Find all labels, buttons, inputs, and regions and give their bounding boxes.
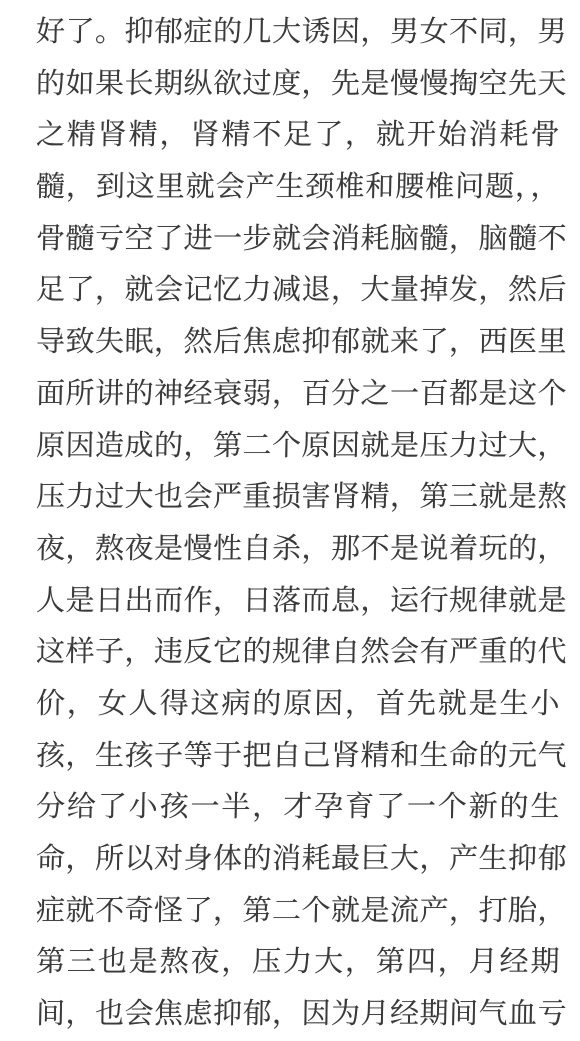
text-line: 间，也会焦虑抑郁，因为月经期间气血亏 [36, 988, 561, 1040]
text-line: 孩，生孩子等于把自己肾精和生命的元气 [36, 730, 561, 782]
text-line: 原因造成的，第二个原因就是压力过大， [36, 420, 561, 472]
text-line: 导致失眠，然后焦虑抑郁就来了，西医里 [36, 316, 561, 368]
text-line: 的如果长期纵欲过度，先是慢慢掏空先天 [36, 58, 561, 110]
text-line: 好了。抑郁症的几大诱因，男女不同，男 [36, 6, 561, 58]
text-line: 症就不奇怪了，第二个就是流产，打胎， [36, 885, 561, 937]
text-line: 压力过大也会严重损害肾精，第三就是熬 [36, 471, 561, 523]
text-line: 夜，熬夜是慢性自杀，那不是说着玩的， [36, 523, 561, 575]
text-line: 分给了小孩一半，才孕育了一个新的生 [36, 781, 561, 833]
text-line: 足了，就会记忆力减退，大量掉发，然后 [36, 264, 561, 316]
text-line: 之精肾精，肾精不足了，就开始消耗骨 [36, 109, 561, 161]
text-line: 第三也是熬夜，压力大，第四，月经期 [36, 936, 561, 988]
handwritten-note-page: 好了。抑郁症的几大诱因，男女不同，男 的如果长期纵欲过度，先是慢慢掏空先天 之精… [0, 0, 580, 1041]
text-line: 骨髓亏空了进一步就会消耗脑髓，脑髓不 [36, 213, 561, 265]
text-line: 人是日出而作，日落而息，运行规律就是 [36, 575, 561, 627]
text-line: 髓，到这里就会产生颈椎和腰椎问题，， [36, 161, 561, 213]
text-line: 这样子，违反它的规律自然会有严重的代 [36, 626, 561, 678]
text-line: 命，所以对身体的消耗最巨大，产生抑郁 [36, 833, 561, 885]
text-line: 面所讲的神经衰弱，百分之一百都是这个 [36, 368, 561, 420]
text-line: 价，女人得这病的原因，首先就是生小 [36, 678, 561, 730]
